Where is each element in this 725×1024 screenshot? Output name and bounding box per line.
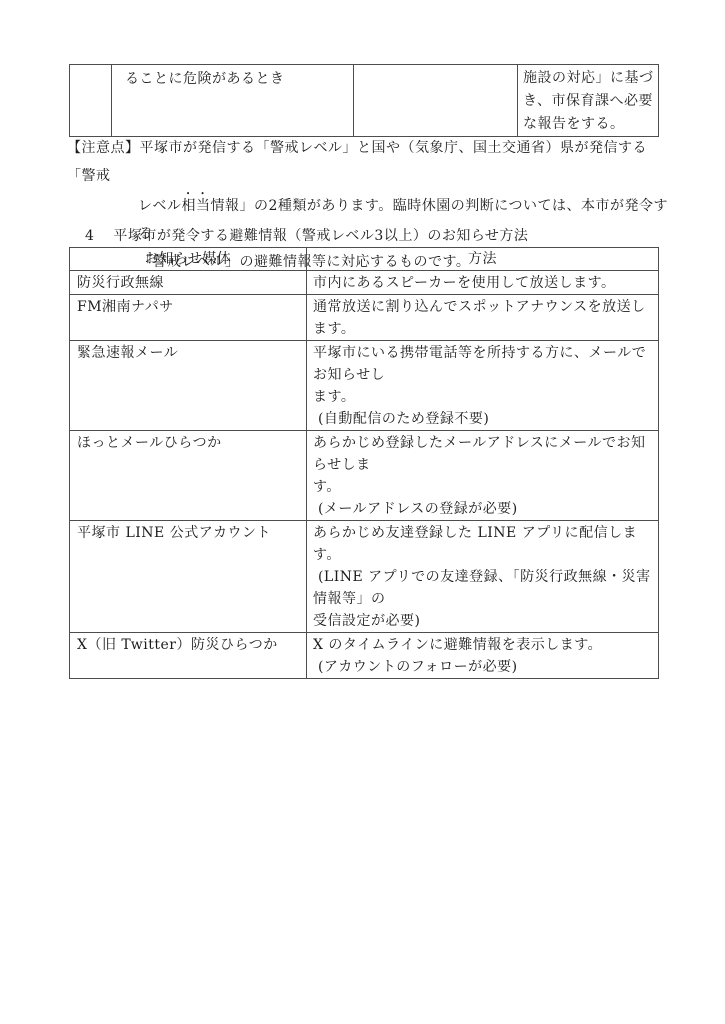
method-cell: X のタイムラインに避難情報を表示します。 (アカウントのフォローが必要) <box>307 633 659 679</box>
media-cell: ほっとメールひらつか <box>70 431 307 521</box>
table-row: FM湘南ナパサ 通常放送に割り込んでスポットアナウンスを放送します。 <box>70 295 659 341</box>
emphasized-text: 相当 <box>182 198 211 214</box>
table-header-row: お知らせ媒体 方法 <box>70 248 659 271</box>
level-cell <box>70 65 112 137</box>
method-line: あらかじめ友達登録した LINE アプリに配信します。 <box>313 522 655 566</box>
table-row: X（旧 Twitter）防災ひらつか X のタイムラインに避難情報を表示します。… <box>70 633 659 679</box>
action-cell <box>354 65 518 137</box>
header-method-cell: 方法 <box>307 248 659 271</box>
document-page: ることに危険があるとき 施設の対応」に基づ き、市保育課へ必要 な報告をする。 … <box>0 0 725 1024</box>
header-media-cell: お知らせ媒体 <box>70 248 307 271</box>
response-line: き、市保育課へ必要 <box>523 90 655 113</box>
method-cell: 平塚市にいる携帯電話等を所持する方に、メールでお知らせし ます。 (自動配信のた… <box>307 341 659 431</box>
table-row: 防災行政無線 市内にあるスピーカーを使用して放送します。 <box>70 271 659 295</box>
table-row: 平塚市 LINE 公式アカウント あらかじめ友達登録した LINE アプリに配信… <box>70 521 659 633</box>
media-cell: 平塚市 LINE 公式アカウント <box>70 521 307 633</box>
method-note-line: (LINE アプリでの友達登録、「防災行政無線・災害情報等」の <box>313 566 655 610</box>
response-cell: 施設の対応」に基づ き、市保育課へ必要 な報告をする。 <box>518 65 659 137</box>
notice-label: 【注意点】 <box>67 140 140 156</box>
media-cell: X（旧 Twitter）防災ひらつか <box>70 633 307 679</box>
table-row: ることに危険があるとき 施設の対応」に基づ き、市保育課へ必要 な報告をする。 <box>70 65 659 137</box>
method-note-line: (メールアドレスの登録が必要) <box>313 498 655 520</box>
notification-methods-table: お知らせ媒体 方法 防災行政無線 市内にあるスピーカーを使用して放送します。 F… <box>69 247 659 679</box>
media-cell: 防災行政無線 <box>70 271 307 295</box>
section-title: 平塚市が発令する避難情報（警戒レベル3以上）のお知らせ方法 <box>113 228 528 244</box>
method-cell: あらかじめ登録したメールアドレスにメールでお知らせしま す。 (メールアドレスの… <box>307 431 659 521</box>
method-line: あらかじめ登録したメールアドレスにメールでお知らせしま <box>313 432 655 476</box>
table-row: 緊急速報メール 平塚市にいる携帯電話等を所持する方に、メールでお知らせし ます。… <box>70 341 659 431</box>
method-line: X のタイムラインに避難情報を表示します。 <box>313 634 655 656</box>
method-note-line: (アカウントのフォローが必要) <box>313 656 655 678</box>
notice-text: レベル <box>138 198 182 214</box>
method-cell: 通常放送に割り込んでスポットアナウンスを放送します。 <box>307 295 659 341</box>
media-cell: 緊急速報メール <box>70 341 307 431</box>
method-line: 平塚市にいる携帯電話等を所持する方に、メールでお知らせし <box>313 342 655 386</box>
method-line: す。 <box>313 476 655 498</box>
table-row: ほっとメールひらつか あらかじめ登録したメールアドレスにメールでお知らせしま す… <box>70 431 659 521</box>
method-line: 通常放送に割り込んでスポットアナウンスを放送します。 <box>313 296 655 340</box>
condition-cell: ることに危険があるとき <box>112 65 354 137</box>
section-number: 4 <box>85 228 94 244</box>
method-line: 市内にあるスピーカーを使用して放送します。 <box>313 272 655 294</box>
continued-table: ることに危険があるとき 施設の対応」に基づ き、市保育課へ必要 な報告をする。 <box>69 64 659 137</box>
media-cell: FM湘南ナパサ <box>70 295 307 341</box>
method-cell: あらかじめ友達登録した LINE アプリに配信します。 (LINE アプリでの友… <box>307 521 659 633</box>
method-line: ます。 <box>313 386 655 408</box>
response-line: 施設の対応」に基づ <box>523 67 655 90</box>
method-cell: 市内にあるスピーカーを使用して放送します。 <box>307 271 659 295</box>
method-note-line: 受信設定が必要) <box>313 610 655 632</box>
notice-text: 平塚市が発信する「警戒レベル」と国や（気象庁、国土交通省）県が発信する「警戒 <box>67 140 647 184</box>
notice-line-1: 【注意点】平塚市が発信する「警戒レベル」と国や（気象庁、国土交通省）県が発信する… <box>67 134 672 190</box>
section-heading: 4平塚市が発令する避難情報（警戒レベル3以上）のお知らせ方法 <box>85 225 528 245</box>
method-note-line: (自動配信のため登録不要) <box>313 408 655 430</box>
response-line: な報告をする。 <box>523 113 655 136</box>
